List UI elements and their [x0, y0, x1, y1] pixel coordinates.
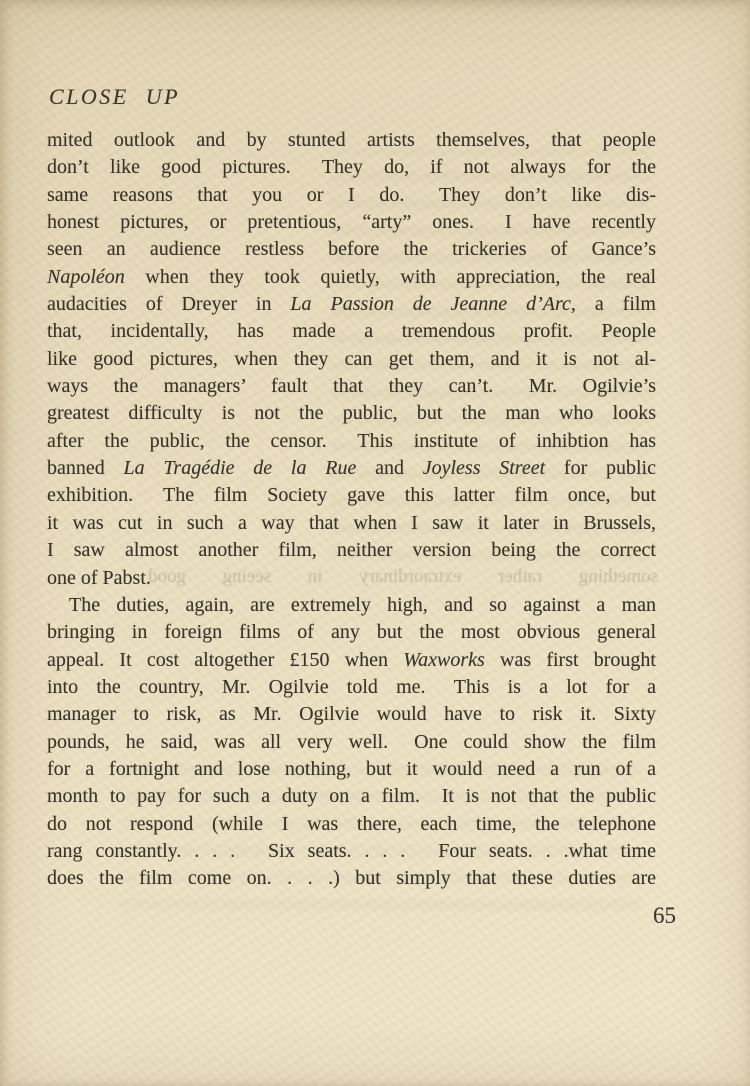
- text-line: like good pictures, when they can get th…: [47, 346, 656, 373]
- text-line: banned La Tragédie de la Rue and Joyless…: [47, 455, 656, 482]
- text-run: audacities of Dreyer in: [47, 293, 290, 315]
- text-line: greatest difficulty is not the public, b…: [47, 400, 656, 427]
- text-line: after the public, the censor. This insti…: [47, 428, 656, 455]
- text-run: when they took quietly, with appreciatio…: [125, 266, 656, 288]
- text-line: pounds, he said, was all very well. One …: [47, 729, 656, 756]
- text-run: into the country, Mr. Ogilvie told me. T…: [47, 676, 656, 698]
- page-number: 65: [653, 903, 676, 929]
- text-line: mited outlook and by stunted artists the…: [47, 127, 656, 154]
- book-page-scan: { "page": { "header": "CLOSE UP", "page_…: [0, 0, 750, 1086]
- text-line: it was cut in such a way that when I saw…: [47, 510, 656, 537]
- text-run: do not respond (while I was there, each …: [47, 813, 656, 835]
- text-line: seen an audience restless before the tri…: [47, 236, 656, 263]
- running-header: CLOSE UP: [49, 84, 180, 110]
- text-run: rang constantly. . . . Six seats. . . . …: [47, 840, 656, 862]
- text-run: , a film: [571, 293, 656, 315]
- text-run: for a fortnight and lose nothing, but it…: [47, 758, 656, 780]
- text-run: honest pictures, or pretentious, “arty” …: [47, 211, 656, 233]
- text-line: ways the managers’ fault that they can’t…: [47, 373, 656, 400]
- text-run: month to pay for such a duty on a film. …: [47, 785, 656, 807]
- text-line: audacities of Dreyer in La Passion de Je…: [47, 291, 656, 318]
- text-line: into the country, Mr. Ogilvie told me. T…: [47, 674, 656, 701]
- text-line: rang constantly. . . . Six seats. . . . …: [47, 838, 656, 865]
- text-run: for public: [545, 457, 656, 479]
- text-run: banned: [47, 457, 124, 479]
- text-line: that, incidentally, has made a tremendou…: [47, 318, 656, 345]
- text-block: mited outlook and by stunted artists the…: [47, 127, 656, 893]
- text-line: Napoléon when they took quietly, with ap…: [47, 264, 656, 291]
- text-run: exhibition. The film Society gave this l…: [47, 484, 656, 506]
- text-line: The duties, again, are extremely high, a…: [47, 592, 656, 619]
- text-line: don’t like good pictures. They do, if no…: [47, 154, 656, 181]
- text-line: manager to risk, as Mr. Ogilvie would ha…: [47, 701, 656, 728]
- text-line: one of Pabst.: [47, 565, 656, 592]
- text-line: for a fortnight and lose nothing, but it…: [47, 756, 656, 783]
- text-line: honest pictures, or pretentious, “arty” …: [47, 209, 656, 236]
- text-line: same reasons that you or I do. They don’…: [47, 182, 656, 209]
- text-run: and: [356, 457, 422, 479]
- text-run: bringing in foreign films of any but the…: [47, 621, 656, 643]
- italic-text-run: La Tragédie de la Rue: [124, 457, 357, 479]
- text-line: I saw almost another film, neither versi…: [47, 537, 656, 564]
- text-run: ways the managers’ fault that they can’t…: [47, 375, 656, 397]
- text-run: I saw almost another film, neither versi…: [47, 539, 656, 561]
- text-line: do not respond (while I was there, each …: [47, 811, 656, 838]
- text-run: same reasons that you or I do. They don’…: [47, 184, 656, 206]
- text-run: that, incidentally, has made a tremendou…: [47, 320, 656, 342]
- italic-text-run: Waxworks: [403, 649, 484, 671]
- text-line: does the film come on. . . .) but simply…: [47, 865, 656, 892]
- text-run: like good pictures, when they can get th…: [47, 348, 656, 370]
- italic-text-run: Joyless Street: [423, 457, 545, 479]
- text-run: The duties, again, are extremely high, a…: [69, 594, 656, 616]
- text-run: don’t like good pictures. They do, if no…: [47, 156, 656, 178]
- text-run: one of Pabst.: [47, 567, 151, 589]
- text-run: mited outlook and by stunted artists the…: [47, 129, 656, 151]
- italic-text-run: Napoléon: [47, 266, 125, 288]
- text-line: month to pay for such a duty on a film. …: [47, 783, 656, 810]
- text-run: it was cut in such a way that when I saw…: [47, 512, 656, 534]
- text-line: exhibition. The film Society gave this l…: [47, 482, 656, 509]
- italic-text-run: La Passion de Jeanne d’Arc: [290, 293, 571, 315]
- text-run: was first brought: [485, 649, 656, 671]
- text-run: manager to risk, as Mr. Ogilvie would ha…: [47, 703, 656, 725]
- text-run: appeal. It cost altogether £150 when: [47, 649, 403, 671]
- text-line: bringing in foreign films of any but the…: [47, 619, 656, 646]
- text-run: does the film come on. . . .) but simply…: [47, 867, 656, 889]
- text-run: greatest difficulty is not the public, b…: [47, 402, 656, 424]
- text-run: after the public, the censor. This insti…: [47, 430, 656, 452]
- text-run: pounds, he said, was all very well. One …: [47, 731, 656, 753]
- text-line: appeal. It cost altogether £150 when Wax…: [47, 647, 656, 674]
- text-run: seen an audience restless before the tri…: [47, 238, 656, 260]
